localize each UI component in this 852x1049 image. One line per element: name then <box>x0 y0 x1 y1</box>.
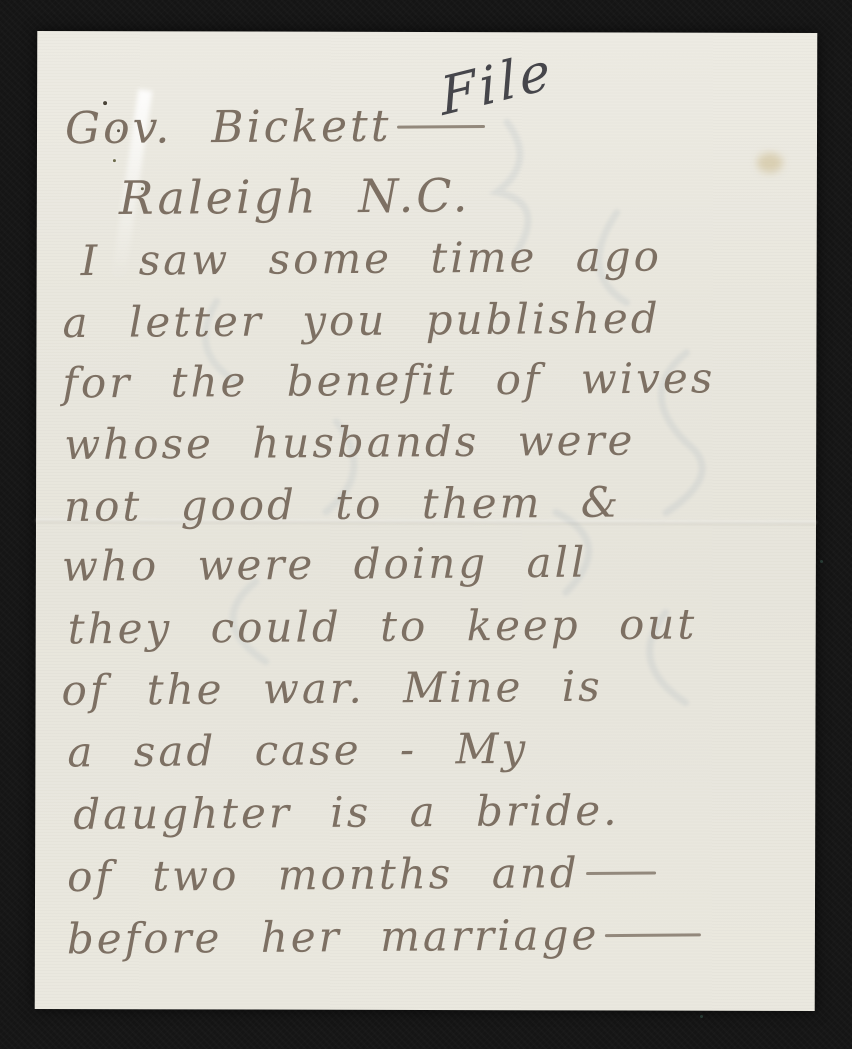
letter-line: before her marriage <box>67 909 702 963</box>
line-text: Gov. Bickett <box>65 101 392 155</box>
letter-line: I saw some time ago <box>81 232 663 286</box>
pen-flourish <box>397 125 485 129</box>
scan-background: File Gov. Bickett Raleigh N.C. I saw som… <box>0 0 852 1049</box>
letter-line: of the war. Mine is <box>61 662 603 715</box>
line-text: before her marriage <box>67 910 600 963</box>
line-text: a sad case - My <box>67 724 528 777</box>
letter-line: a letter you published <box>62 293 661 347</box>
pen-flourish <box>605 933 701 937</box>
letter-line: Gov. Bickett <box>65 100 486 154</box>
line-text: of the war. Mine is <box>61 662 603 715</box>
line-text: whose husbands were <box>64 416 636 469</box>
letter-line: whose husbands were <box>64 416 636 469</box>
line-text: a letter you published <box>62 293 661 347</box>
line-text: who were doing all <box>62 538 588 591</box>
letter-line: not good to them & <box>64 478 621 531</box>
letter-line: daughter is a bride. <box>73 786 620 839</box>
letter-page: File Gov. Bickett Raleigh N.C. I saw som… <box>35 31 818 1011</box>
dust-speck <box>820 560 823 563</box>
letter-line: who were doing all <box>62 538 588 591</box>
pinhole <box>113 159 116 162</box>
line-text: of two months and <box>67 848 580 901</box>
letter-line: of two months and <box>67 848 656 902</box>
letter-line: for the benefit of wives <box>62 353 715 407</box>
line-text: Raleigh N.C. <box>119 168 471 225</box>
letter-line: a sad case - My <box>67 724 528 777</box>
letter-line: they could to keep out <box>68 599 698 653</box>
pen-flourish <box>586 872 656 876</box>
line-text: daughter is a bride. <box>73 786 620 839</box>
line-text: they could to keep out <box>68 599 698 653</box>
line-text: not good to them & <box>64 478 621 531</box>
letter-line: Raleigh N.C. <box>119 168 471 225</box>
line-text: for the benefit of wives <box>62 353 715 407</box>
line-text: I saw some time ago <box>81 232 663 286</box>
dust-speck <box>700 1015 703 1018</box>
